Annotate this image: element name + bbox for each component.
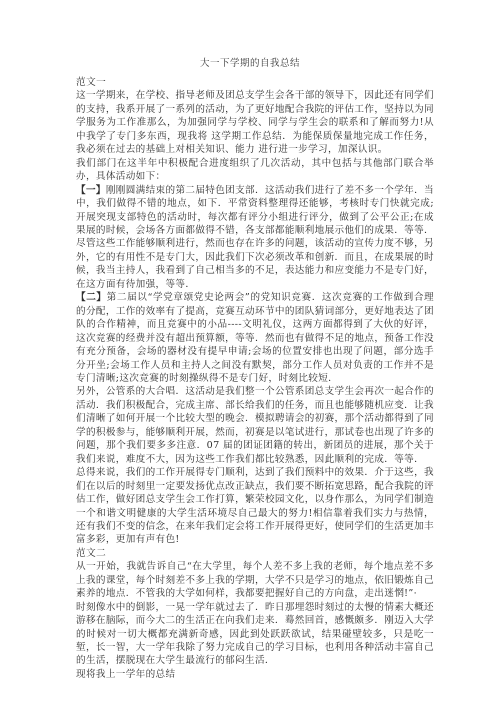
- document-page: 大一下学期的自我总结 范文一 这一学期来，在学校、指导老师及团总支学生会各干部的…: [0, 0, 500, 707]
- item-marker-2: 【二】: [76, 292, 107, 303]
- paragraph-summary-lead: 现将我上一学年的总结: [76, 668, 434, 681]
- document-body: 范文一 这一学期来，在学校、指导老师及团总支学生会各干部的领导下，因此还有同学们…: [76, 76, 434, 681]
- document-title: 大一下学期的自我总结: [0, 55, 500, 69]
- item-1-text: 刚刚圆满结束的第二届特色团支部．这活动我们进行了差不多一个学年．当中，我们做得不…: [76, 185, 434, 290]
- paragraph-other-activities: 另外，公管系的大合唱．这活动是我们整一个公管系团总支学生会再次一起合作的活动．我…: [76, 385, 434, 466]
- paragraph-activities-intro: 我们部门在这半年中积极配合进度组织了几次活动，其中包括与其他部门联合举办，具体活…: [76, 157, 434, 184]
- item-2-text: 第二届以“学党章颂党史论两会”的党知识竞赛．这次竞赛的工作做到合理的分配，工作的…: [76, 292, 434, 384]
- item-marker-1: 【一】: [76, 185, 106, 196]
- paragraph-conclusion: 总得来说，我们的工作开展得专门顺利，达到了我们预料中的效果．介于这些，我们在以后…: [76, 466, 434, 547]
- paragraph-item-2: 【二】第二届以“学党章颂党史论两会”的党知识竞赛．这次竞赛的工作做到合理的分配，…: [76, 291, 434, 385]
- paragraph-quote: 从一开始，我就告诉自己“在大学里，每个人差不多上我的老师，每个地点差不多上我的课…: [76, 560, 434, 600]
- paragraph-item-1: 【一】刚刚圆满结束的第二届特色团支部．这活动我们进行了差不多一个学年．当中，我们…: [76, 184, 434, 292]
- section-heading-2: 范文二: [76, 547, 434, 560]
- paragraph-intro: 这一学期来，在学校、指导老师及团总支学生会各干部的领导下，因此还有同学们的支持，…: [76, 89, 434, 156]
- section-heading-1: 范文一: [76, 76, 434, 89]
- paragraph-reflection: 时刻像水中的倒影，一晃一学年就过去了．昨日那埋怨时刻过的太慢的情素大概还游移在脑…: [76, 601, 434, 668]
